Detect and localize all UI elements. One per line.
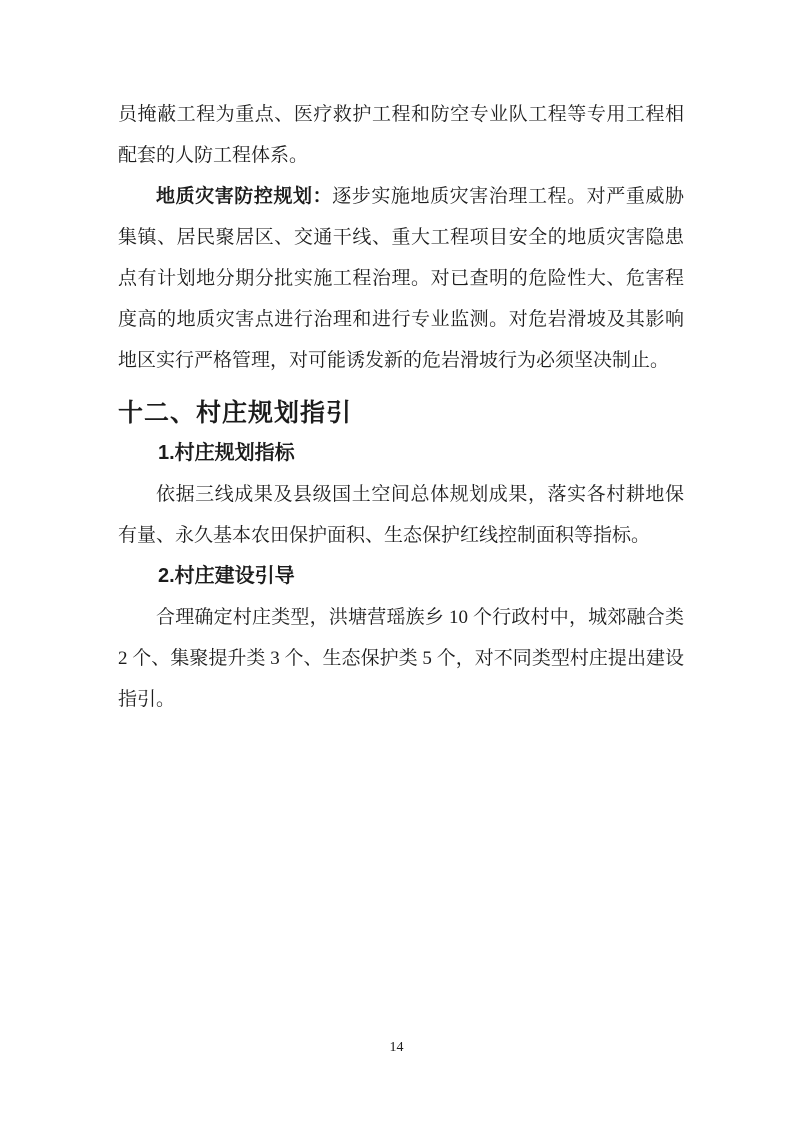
paragraph-village-indicators: 依据三线成果及县级国土空间总体规划成果，落实各村耕地保有量、永久基本农田保护面积… [118, 474, 684, 556]
paragraph-geological-hazard: 地质灾害防控规划：逐步实施地质灾害治理工程。对严重威胁集镇、居民聚居区、交通干线… [118, 176, 684, 381]
document-page: 员掩蔽工程为重点、医疗救护工程和防空专业队工程等专用工程相配套的人防工程体系。 … [0, 0, 793, 1122]
sub-heading-village-guidance: 2.村庄建设引导 [118, 556, 684, 597]
page-content: 员掩蔽工程为重点、医疗救护工程和防空专业队工程等专用工程相配套的人防工程体系。 … [118, 94, 684, 720]
geological-hazard-text: 逐步实施地质灾害治理工程。对严重威胁集镇、居民聚居区、交通干线、重大工程项目安全… [118, 186, 684, 371]
paragraph-village-guidance: 合理确定村庄类型，洪塘营瑶族乡 10 个行政村中，城郊融合类 2 个、集聚提升类… [118, 597, 684, 720]
sub-heading-village-indicators: 1.村庄规划指标 [118, 433, 684, 474]
page-number: 14 [0, 1040, 793, 1056]
geological-hazard-label: 地质灾害防控规划： [156, 186, 332, 207]
paragraph-civil-defense-overflow: 员掩蔽工程为重点、医疗救护工程和防空专业队工程等专用工程相配套的人防工程体系。 [118, 94, 684, 176]
section-heading-village-planning: 十二、村庄规划指引 [118, 393, 684, 433]
